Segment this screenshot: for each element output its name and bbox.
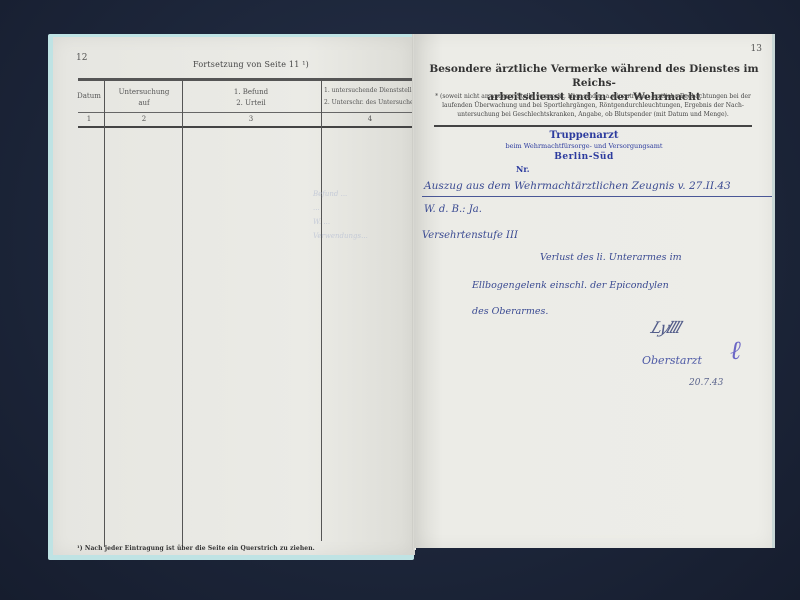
column-header-befund-urteil: 1. Befund 2. Urteil xyxy=(183,87,319,109)
right-page: 13 Besondere ärztliche Vermerke während … xyxy=(414,34,775,548)
column-number-4: 4 xyxy=(321,115,419,123)
entry-date: 20.7.43 xyxy=(689,378,723,388)
handwritten-diagnosis-3: des Oberarmes. xyxy=(472,306,548,317)
handwritten-disability-level: Versehrtenstufe III xyxy=(422,230,518,241)
open-service-booklet: 12 Fortsetzung von Seite 11 ¹) Datum Unt… xyxy=(48,34,772,562)
column-rule-2 xyxy=(182,81,183,549)
faint-offset-ink: Befund ... ... W. ... Verwendungs... xyxy=(313,187,393,287)
handwritten-diagnosis-1: Verlust des li. Unterarmes im xyxy=(540,252,682,263)
column-rule-3 xyxy=(321,81,322,541)
column-rule-1 xyxy=(104,81,105,547)
footnote: ¹) Nach jeder Eintragung ist über die Se… xyxy=(77,545,315,552)
signer-title: Oberstarzt xyxy=(642,354,702,367)
handwritten-diagnosis-2: Ellbogengelenk einschl. der Epicondylen xyxy=(472,280,669,291)
handwritten-excerpt-line: Auszug aus dem Wehrmachtärztlichen Zeugn… xyxy=(424,180,731,192)
page-number-left: 12 xyxy=(76,53,87,63)
title-rule xyxy=(434,125,752,127)
continuation-heading: Fortsetzung von Seite 11 ¹) xyxy=(193,60,309,69)
initial-paraph: ℓ xyxy=(730,336,741,366)
page-number-right: 13 xyxy=(751,44,762,54)
column-header-datum: Datum xyxy=(73,91,105,102)
number-row-divider xyxy=(78,126,418,128)
header-divider xyxy=(78,112,418,113)
column-header-untersuchung: Untersuchung auf xyxy=(107,87,181,109)
official-stamp: Truppenarzt beim Wehrmachtfürsorge- und … xyxy=(474,130,694,163)
instructions-text: * (soweit nicht an anderer Stelle vermer… xyxy=(422,92,764,119)
handwritten-wdb: W. d. B.: Ja. xyxy=(424,204,482,215)
column-number-3: 3 xyxy=(183,115,319,123)
handwritten-underline xyxy=(422,196,772,197)
column-number-2: 2 xyxy=(107,115,181,123)
column-number-1: 1 xyxy=(73,115,105,123)
table-top-rule xyxy=(78,78,418,81)
column-header-dienststelle: 1. untersuchende Dienststelle 2. Untersc… xyxy=(321,85,422,109)
left-page: 12 Fortsetzung von Seite 11 ¹) Datum Unt… xyxy=(53,37,415,555)
signature: Lyllll xyxy=(649,318,684,337)
